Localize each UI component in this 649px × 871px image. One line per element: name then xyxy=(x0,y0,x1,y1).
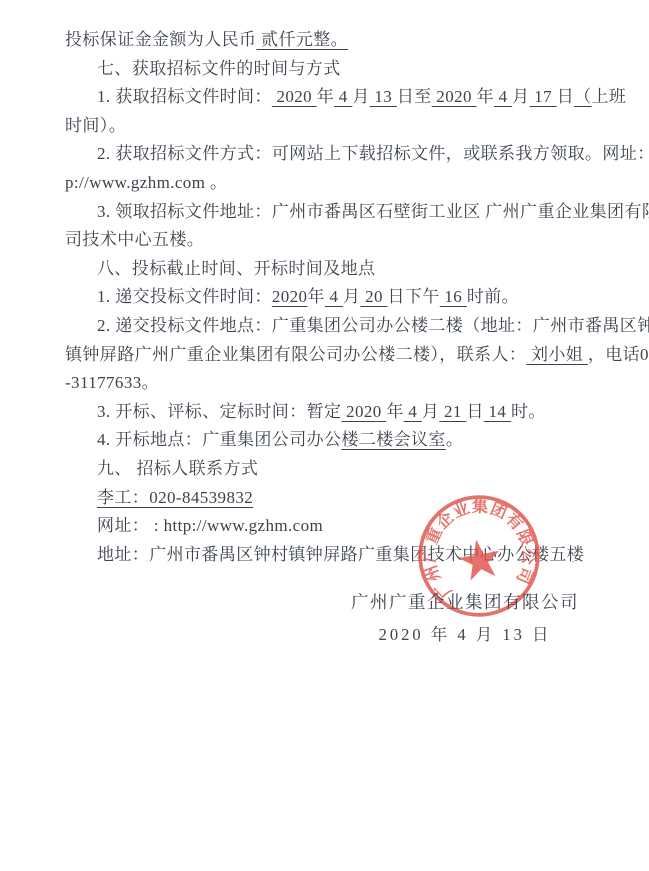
text-line: 司技术中心五楼。 xyxy=(65,226,587,255)
signature-block: 广州广重企业集团有限公司 2020 年 4 月 13 日 xyxy=(351,589,579,645)
text-line: 李工：020-84539832 xyxy=(65,484,587,513)
document-page: 投标保证金金额为人民币 贰仟元整。 七、获取招标文件的时间与方式1. 获取招标文… xyxy=(0,0,649,871)
text-line: 3. 开标、评标、定标时间：暂定 2020 年 4 月 21 日 14 时。 xyxy=(65,398,587,427)
signature-company: 广州广重企业集团有限公司 xyxy=(351,589,579,614)
text-line: 2. 获取招标文件方式：可网站上下载招标文件，或联系我方领取。网址：htt xyxy=(65,140,587,169)
text-line: 网址： : http://www.gzhm.com xyxy=(65,512,587,541)
text-line: 时间）。 xyxy=(65,112,587,141)
text-line: 镇钟屏路广州广重企业集团有限公司办公楼二楼），联系人： 刘小姐 ，电话020 xyxy=(65,341,587,370)
text-line: 九、 招标人联系方式 xyxy=(65,455,587,484)
document-body: 投标保证金金额为人民币 贰仟元整。 七、获取招标文件的时间与方式1. 获取招标文… xyxy=(65,26,587,569)
text-line: 八、投标截止时间、开标时间及地点 xyxy=(65,255,587,284)
text-line: -31177633。 xyxy=(65,369,587,398)
text-line: 投标保证金金额为人民币 贰仟元整。 xyxy=(65,26,587,55)
signature-date: 2020 年 4 月 13 日 xyxy=(351,621,579,645)
text-line: p://www.gzhm.com 。 xyxy=(65,169,587,198)
text-line: 4. 开标地点：广重集团公司办公楼二楼会议室。 xyxy=(65,426,587,455)
text-line: 1. 获取招标文件时间： 2020 年 4 月 13 日至 2020 年 4 月… xyxy=(65,83,587,112)
text-line: 地址：广州市番禺区钟村镇钟屏路广重集团技术中心办公楼五楼 xyxy=(65,541,587,570)
text-line: 2. 递交投标文件地点：广重集团公司办公楼二楼（地址：广州市番禺区钟村 xyxy=(65,312,587,341)
text-line: 1. 递交投标文件时间：2020年 4 月 20 日下午 16 时前。 xyxy=(65,283,587,312)
text-line: 3. 领取招标文件地址：广州市番禺区石壁街工业区 广州广重企业集团有限公 xyxy=(65,198,587,227)
text-line: 七、获取招标文件的时间与方式 xyxy=(65,55,587,84)
